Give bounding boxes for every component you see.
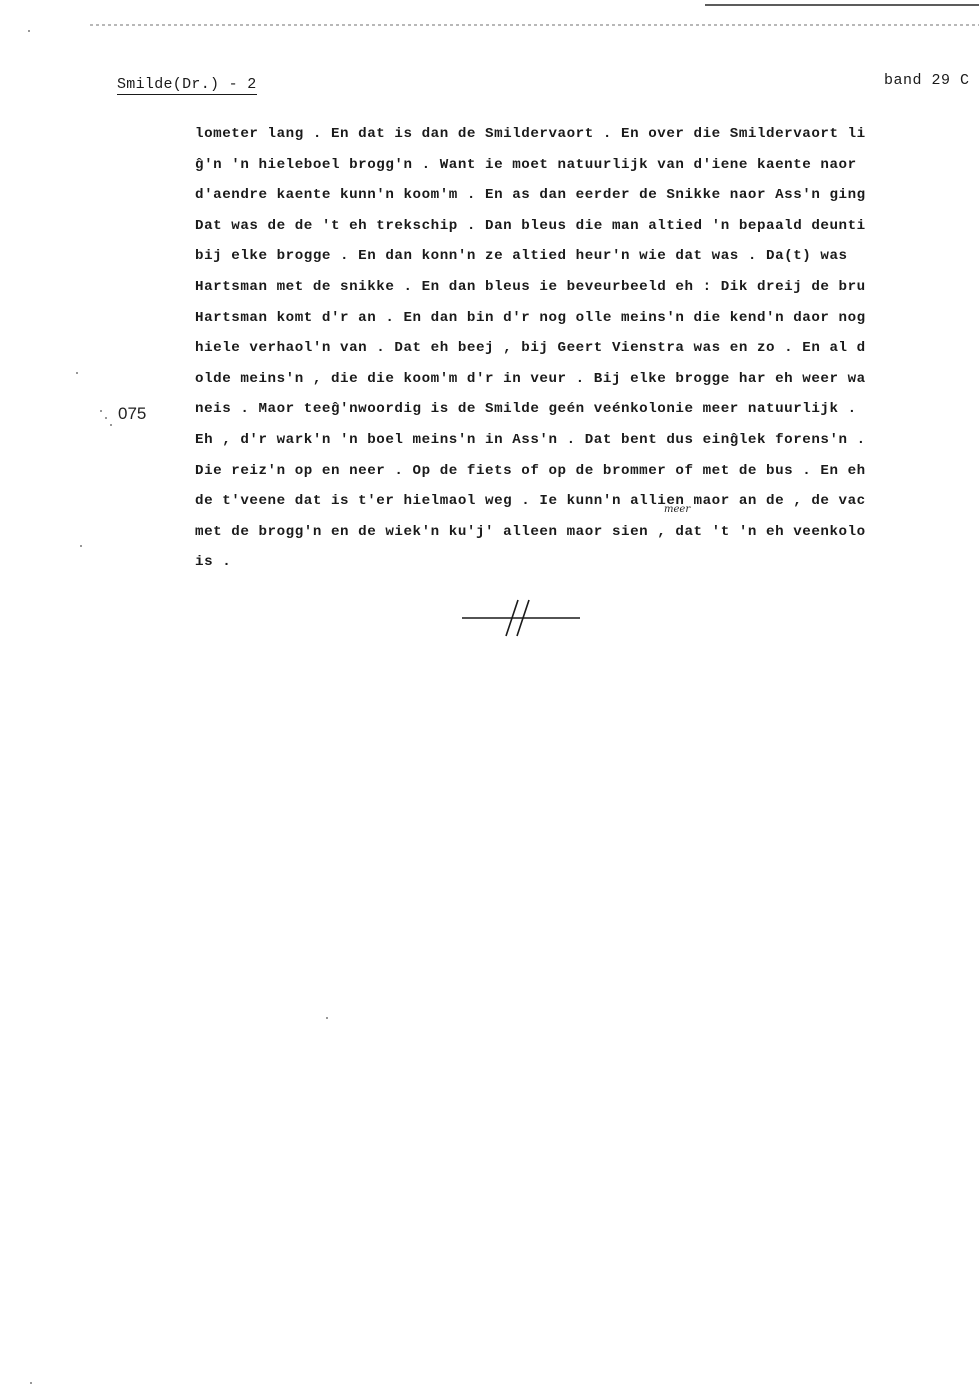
margin-counter-note: 075: [118, 404, 146, 424]
scan-speck: [30, 1382, 32, 1384]
transcript-line: Die reiz'n op en neer . Op de fiets of o…: [195, 456, 979, 487]
scan-speck: [326, 1017, 328, 1019]
scan-speck: [100, 410, 102, 412]
transcript-line: ĝ'n 'n hieleboel brogg'n . Want ie moet …: [195, 150, 979, 181]
scan-artifact-line: [705, 4, 979, 6]
scan-speck: [110, 424, 112, 426]
page-header-title: Smilde(Dr.) - 2: [117, 76, 257, 95]
transcript-line: hiele verhaol'n van . Dat eh beej , bij …: [195, 333, 979, 364]
transcript-line: d'aendre kaente kunn'n koom'm . En as da…: [195, 180, 979, 211]
transcript-body: lometer lang . En dat is dan de Smilderv…: [195, 119, 979, 578]
transcript-line: Dat was de de 't eh trekschip . Dan bleu…: [195, 211, 979, 242]
transcript-line: neis . Maor teeĝ'nwoordig is de Smilde g…: [195, 394, 979, 425]
scan-speck: [76, 372, 78, 374]
transcript-line: lometer lang . En dat is dan de Smilderv…: [195, 119, 979, 150]
scan-speck: [28, 30, 30, 32]
transcript-line: olde meins'n , die die koom'm d'r in veu…: [195, 364, 979, 395]
scan-speck: [80, 545, 82, 547]
transcript-line: bij elke brogge . En dan konn'n ze altie…: [195, 241, 979, 272]
end-of-text-mark: [460, 596, 582, 640]
transcript-line: met de brogg'n en de wiek'n ku'j' alleen…: [195, 517, 979, 548]
transcript-line: Hartsman komt d'r an . En dan bin d'r no…: [195, 303, 979, 334]
transcript-line: de t'veene dat is t'er hielmaol weg . Ie…: [195, 486, 979, 517]
page-header-reference: band 29 C: [884, 72, 970, 89]
transcript-line: Eh , d'r wark'n 'n boel meins'n in Ass'n…: [195, 425, 979, 456]
handwritten-annotation: meer: [664, 504, 690, 515]
scan-artifact-dotted-line: [90, 24, 979, 26]
transcript-line: Hartsman met de snikke . En dan bleus ie…: [195, 272, 979, 303]
scan-speck: [105, 417, 107, 419]
transcript-line: is .: [195, 547, 979, 578]
